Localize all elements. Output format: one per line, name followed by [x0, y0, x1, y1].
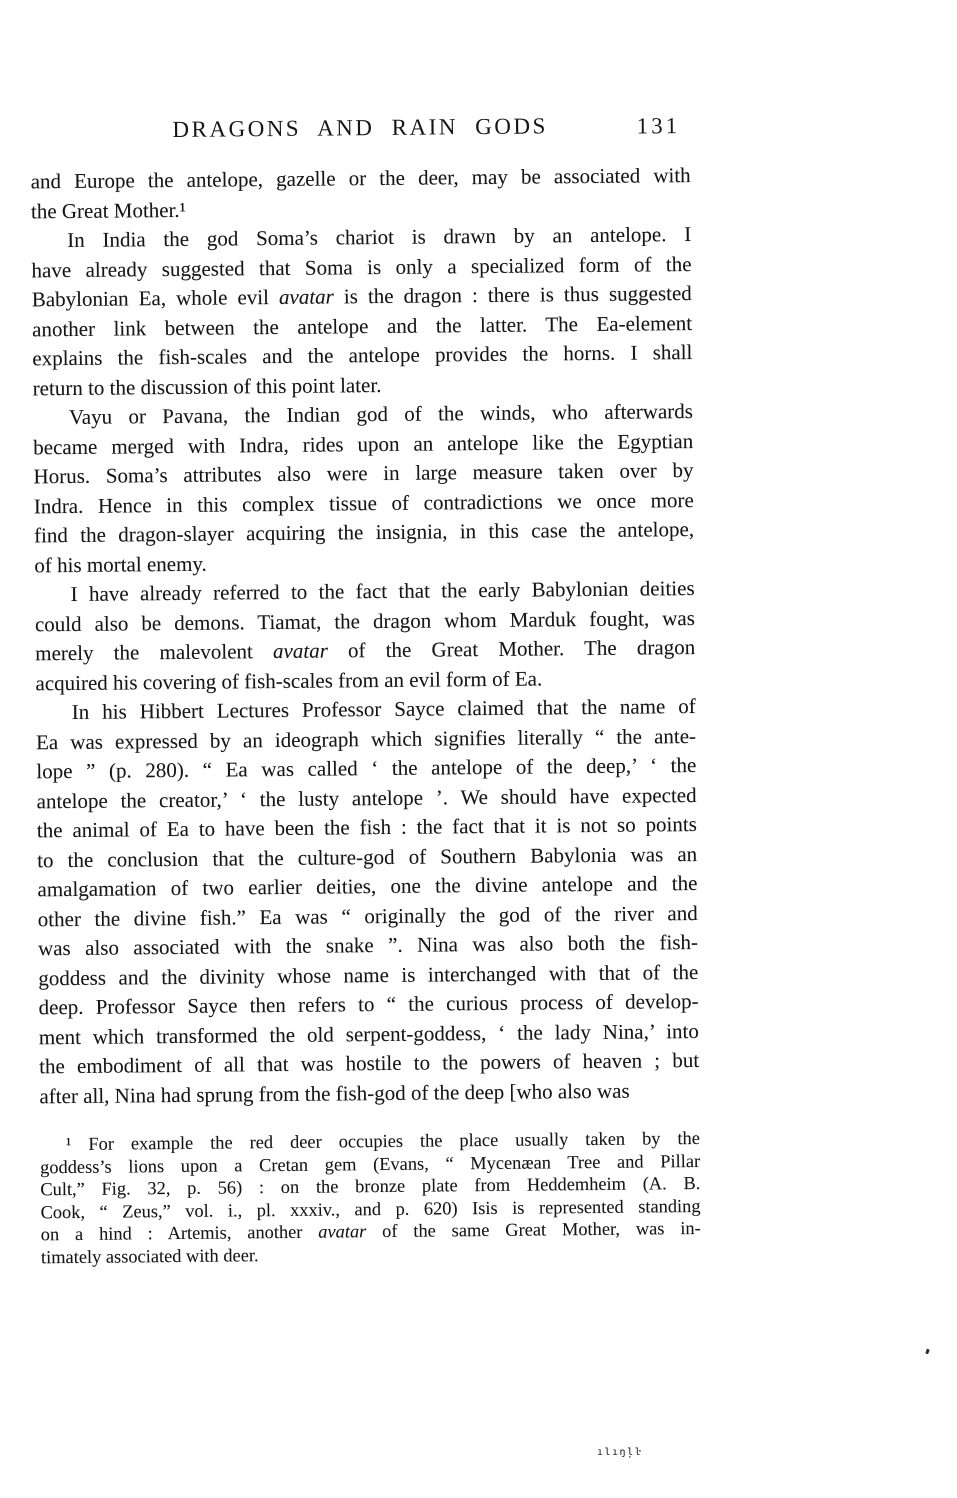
page-content: DRAGONS AND RAIN GODS 131 and Europe the…: [30, 112, 701, 1269]
text-line: merely the malevolent avatar of the Grea…: [35, 633, 695, 669]
scan-speck: [925, 1349, 930, 1355]
page-number: 131: [637, 113, 681, 139]
body-text: and Europe the antelope, gazelle or the …: [31, 161, 700, 1111]
book-page: DRAGONS AND RAIN GODS 131 and Europe the…: [0, 0, 957, 1498]
scan-artifact-mark: ılıŋļŀ: [597, 1447, 642, 1458]
text-line: after all, Nina had sprung from the fish…: [39, 1075, 699, 1111]
footnote: ¹ For example the red deer occupies the …: [40, 1127, 701, 1269]
running-head-title: DRAGONS AND RAIN GODS: [172, 113, 548, 142]
text-line: explains the fish-scales and the antelop…: [32, 338, 692, 374]
page-header: DRAGONS AND RAIN GODS 131: [30, 112, 690, 144]
